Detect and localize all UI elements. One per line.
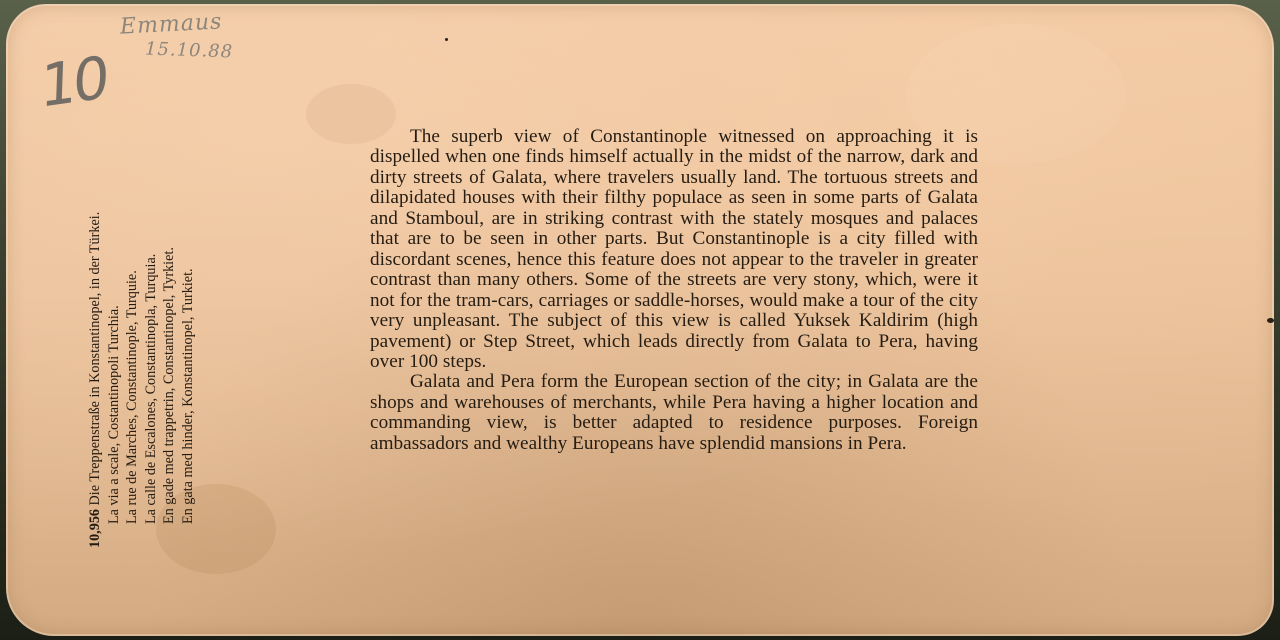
paragraph-2: Galata and Pera form the European sectio…	[370, 372, 978, 454]
caption-line-swedish: En gata med hinder, Konstantinopel, Turk…	[179, 108, 198, 548]
multilingual-captions: 10,956 Die Treppenstraße in Konstantinop…	[86, 108, 210, 548]
ink-mark	[445, 38, 448, 41]
paragraph-1: The superb view of Constantinople witnes…	[370, 127, 978, 372]
caption-line-spanish: La calle de Escalones, Constantinopla, T…	[142, 108, 161, 548]
handwritten-name: Emmaus	[119, 9, 223, 39]
caption-line-french: La rue de Marches, Constantinople, Turqu…	[123, 108, 142, 548]
ink-mark	[1267, 318, 1274, 323]
caption-line-danish: En gade med trappetrin, Constantinopel, …	[160, 108, 179, 548]
caption-line-german: 10,956 Die Treppenstraße in Konstantinop…	[86, 108, 105, 548]
catalog-number: 10,956	[87, 509, 103, 548]
caption-line-italian: La via a scale, Costantinopoli Turchia.	[105, 108, 124, 548]
description-text: The superb view of Constantinople witnes…	[370, 127, 978, 454]
handwritten-date: 15.10.88	[145, 38, 234, 62]
